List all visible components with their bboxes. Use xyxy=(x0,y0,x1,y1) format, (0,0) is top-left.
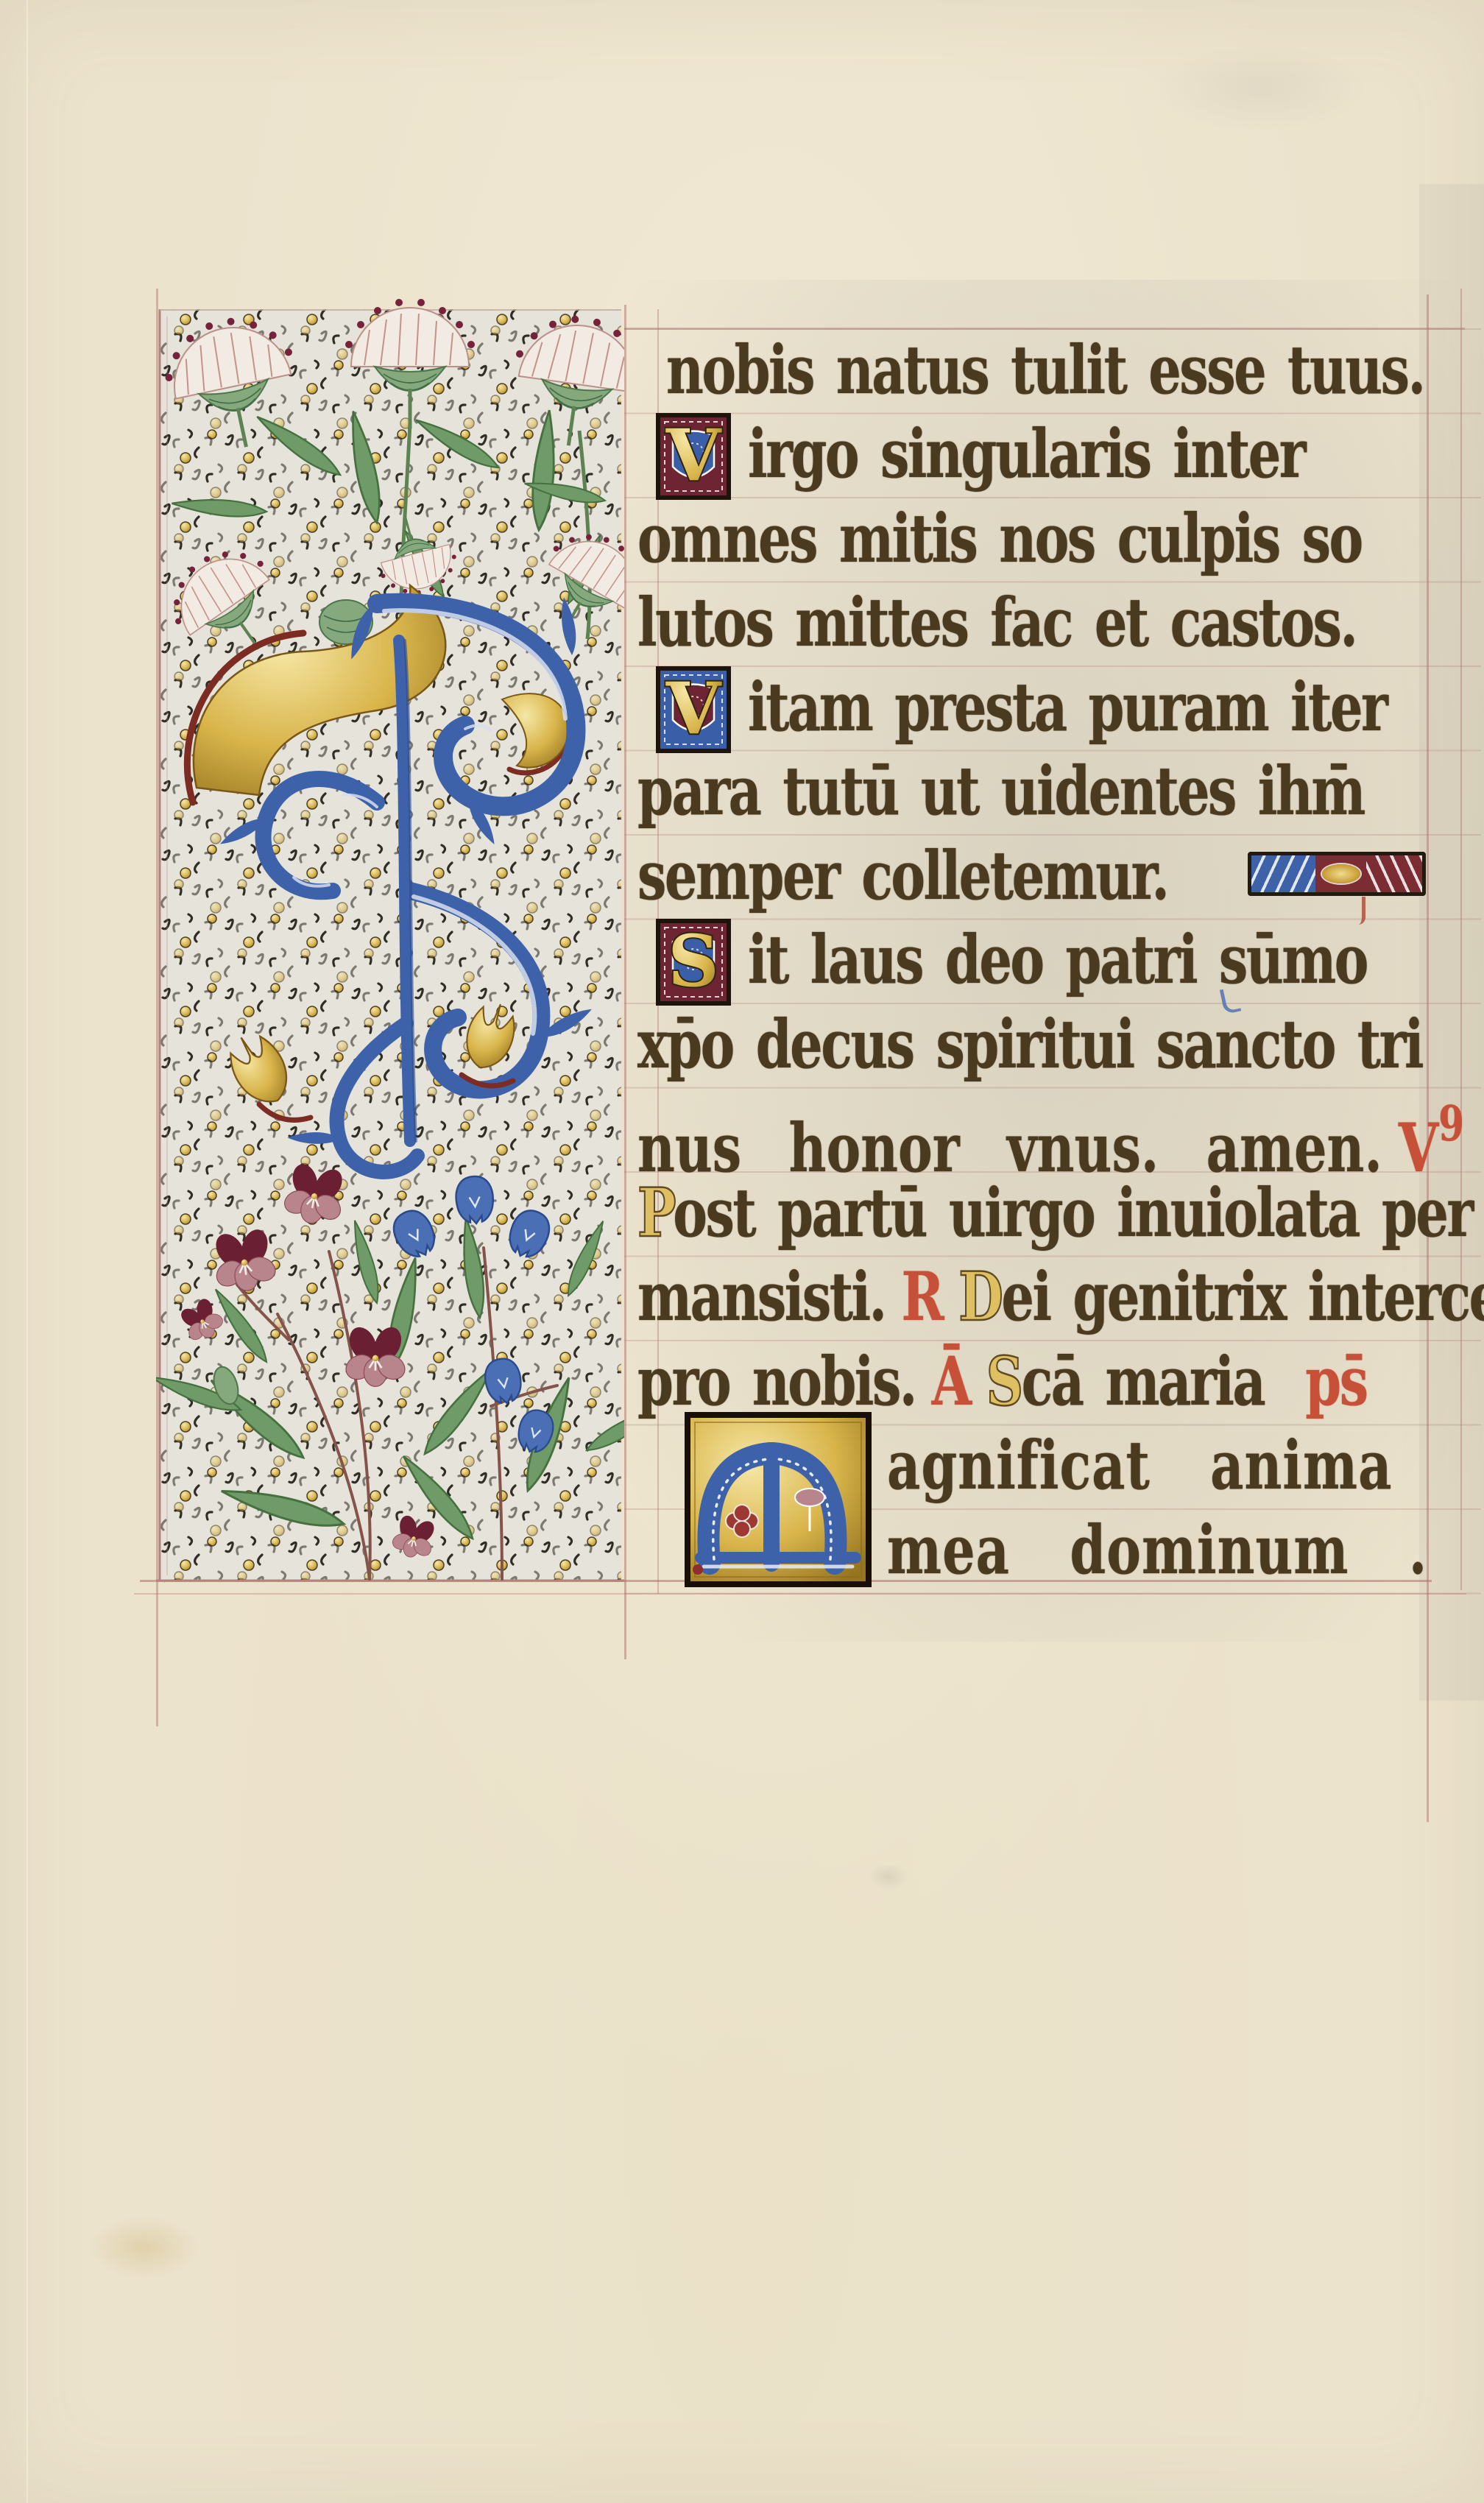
line-text: semper colletemur. xyxy=(637,836,1167,915)
page-crease xyxy=(26,0,28,2503)
psalm-mark: ps̄ xyxy=(1305,1341,1366,1421)
filler-blue-chevron xyxy=(1251,855,1315,892)
filler-red-tail xyxy=(1353,897,1365,925)
line-text: lutos mittes fac et castos. xyxy=(637,582,1356,662)
line-text: omnes mitis nos culpis so xyxy=(637,498,1362,578)
line-text: nobis natus tulit esse tuus. xyxy=(666,330,1424,409)
line-text: mansisti. xyxy=(637,1257,886,1336)
filler-red-chevron xyxy=(1366,855,1422,892)
illuminated-initial-M: M xyxy=(685,1412,872,1587)
yellow-capital: D xyxy=(958,1257,1001,1336)
line-text: itam presta puram iter xyxy=(748,667,1386,746)
line-filler xyxy=(1248,852,1426,896)
line-text: irgo singularis inter xyxy=(748,414,1304,493)
line-text: agnificat anima xyxy=(887,1425,1392,1505)
parchment-stain xyxy=(88,2216,199,2279)
text-line-15: mea dominum . xyxy=(887,1513,1427,1598)
versicle-flourish: 9 xyxy=(1438,1095,1464,1152)
yellow-capital: S xyxy=(986,1341,1022,1421)
antiphon-mark: Ā xyxy=(932,1341,970,1421)
line-text: mea dominum . xyxy=(887,1510,1427,1589)
line-text: it laus deo patri sūmo xyxy=(748,919,1367,999)
right-edge-wash xyxy=(1419,184,1484,1701)
line-text: pro nobis. xyxy=(637,1341,916,1421)
line-text: ost partū uirgo inuiolata per xyxy=(673,1173,1471,1252)
line-text: ei genitrix intercede xyxy=(1001,1257,1484,1336)
floral-border-art xyxy=(156,287,624,1594)
parchment-stain xyxy=(1148,44,1369,133)
parchment-stain xyxy=(869,1863,908,1891)
response-mark: R xyxy=(902,1257,943,1336)
floral-border-panel xyxy=(156,287,624,1594)
line-text: para tutū ut uidentes ihm̄ xyxy=(637,751,1364,830)
line-text: cā maria xyxy=(1022,1341,1265,1421)
filler-gold-oval xyxy=(1315,855,1365,892)
yellow-capital: P xyxy=(637,1173,673,1252)
manuscript-page: V V S xyxy=(0,0,1484,2503)
